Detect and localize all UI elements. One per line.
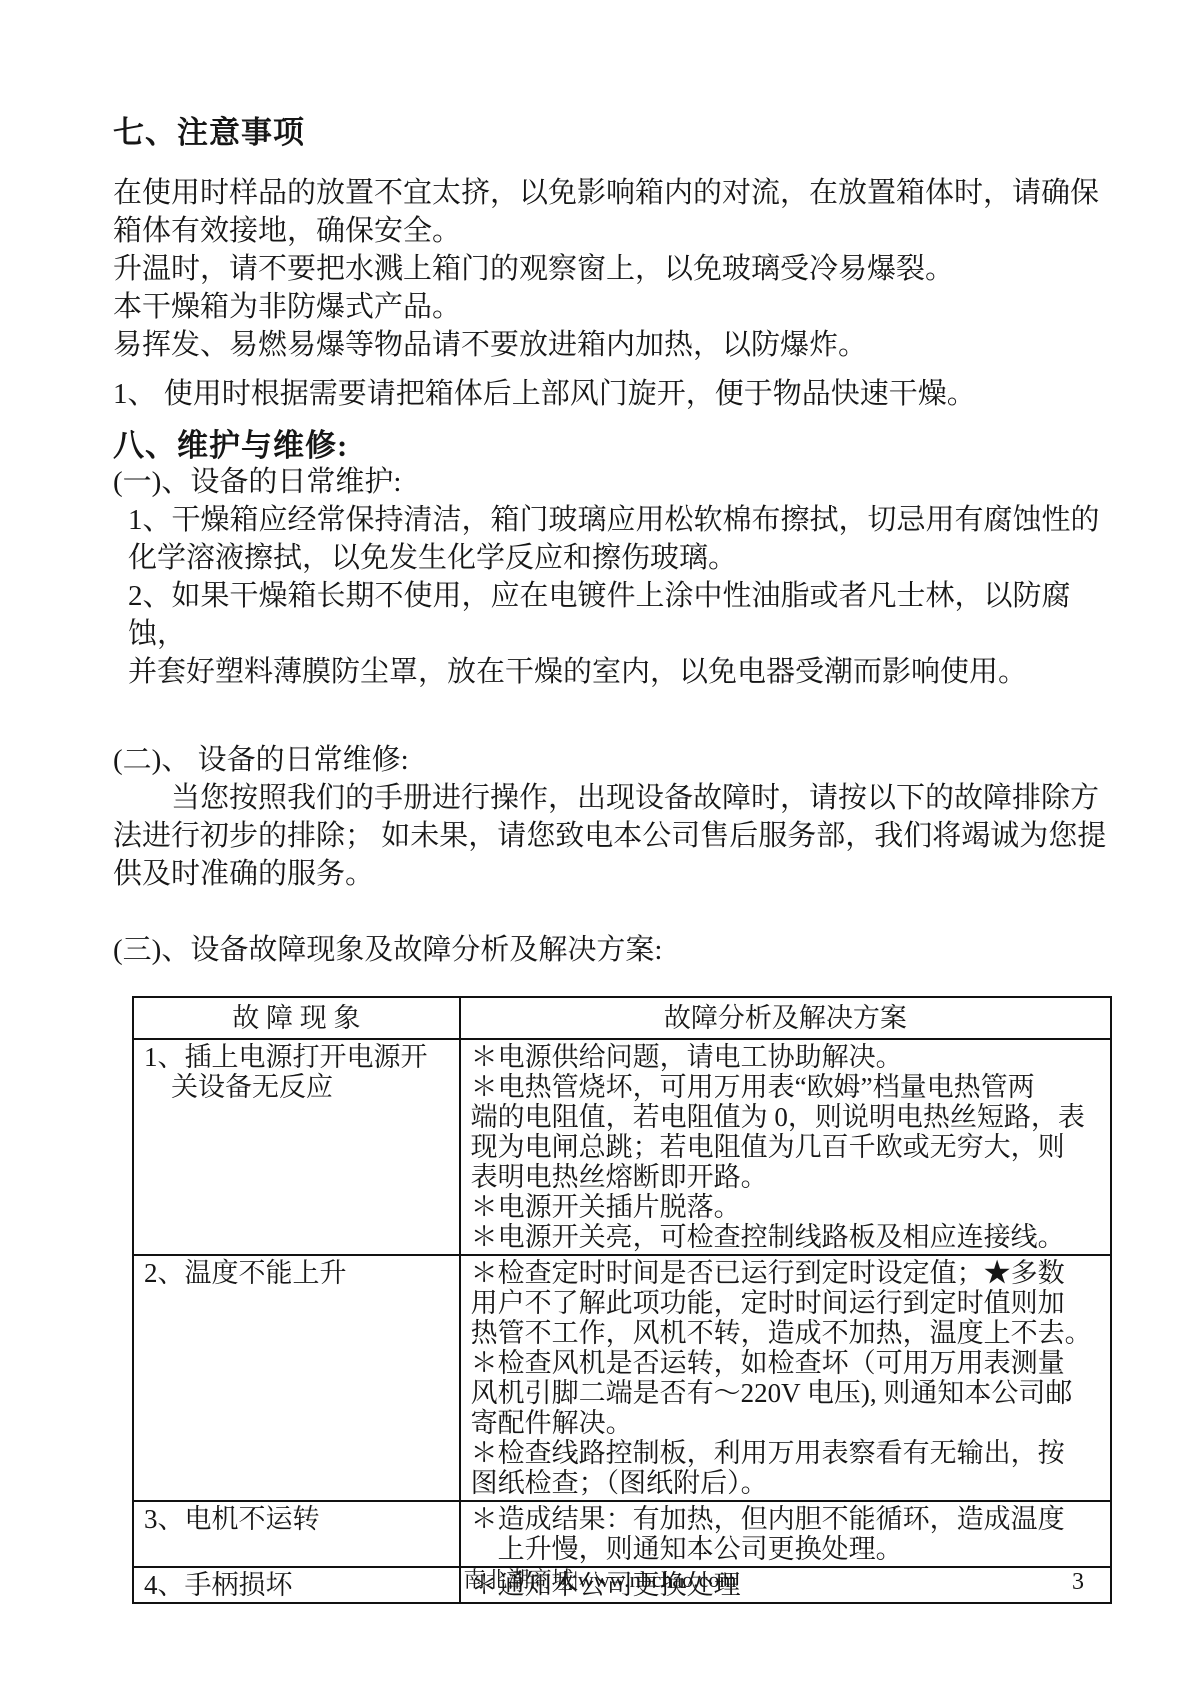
page-content: 七、注意事项 在使用时样品的放置不宜太挤，以免影响箱内的对流，在放置箱体时，请确… [0, 0, 1200, 1604]
precautions-paragraph: 在使用时样品的放置不宜太挤，以免影响箱内的对流，在放置箱体时，请确保 箱体有效接… [113, 174, 1112, 364]
phenomenon-cell: 2、温度不能上升 [133, 1255, 460, 1501]
section-8-title: 八、维护与维修: [113, 429, 1112, 463]
fault-table-header-row: 故 障 现 象 故障分析及解决方案 [133, 997, 1111, 1039]
section-7-title: 七、注意事项 [113, 116, 1112, 150]
fault-section-title: (三)、设备故障现象及故障分析及解决方案: [113, 931, 1112, 969]
solution-cell: ＊检查定时时间是否已运行到定时设定值；★多数 用户不了解此项功能，定时时间运行到… [460, 1255, 1111, 1501]
daily-care-title: (一)、设备的日常维护: [113, 463, 1112, 501]
fault-table-header-solution: 故障分析及解决方案 [460, 997, 1111, 1039]
manual-page: 七、注意事项 在使用时样品的放置不宜太挤，以免影响箱内的对流，在放置箱体时，请确… [0, 0, 1200, 1697]
footer-site-label: 南北潮商城|www.nbchao.com [0, 1566, 1200, 1594]
vent-usage-item: 1、 使用时根据需要请把箱体后上部风门旋开，便于物品快速干燥。 [113, 375, 1112, 413]
solution-cell: ＊造成结果：有加热，但内胆不能循环，造成温度 上升慢，则通知本公司更换处理。 [460, 1501, 1111, 1567]
page-number: 3 [1072, 1568, 1084, 1596]
daily-repair-paragraph: 当您按照我们的手册进行操作，出现设备故障时，请按以下的故障排除方 法进行初步的排… [113, 779, 1112, 893]
phenomenon-cell: 1、插上电源打开电源开 关设备无反应 [133, 1039, 460, 1255]
fault-table-header-phenomenon: 故 障 现 象 [133, 997, 460, 1039]
phenomenon-cell: 3、电机不运转 [133, 1501, 460, 1567]
solution-cell: ＊电源供给问题，请电工协助解决。 ＊电热管烧坏，可用万用表“欧姆”档量电热管两 … [460, 1039, 1111, 1255]
table-row: 2、温度不能上升 ＊检查定时时间是否已运行到定时设定值；★多数 用户不了解此项功… [133, 1255, 1111, 1501]
fault-table: 故 障 现 象 故障分析及解决方案 1、插上电源打开电源开 关设备无反应 ＊电源… [132, 996, 1112, 1604]
daily-care-paragraph: 1、干燥箱应经常保持清洁，箱门玻璃应用松软棉布擦拭，切忌用有腐蚀性的 化学溶液擦… [128, 501, 1112, 691]
table-row: 3、电机不运转 ＊造成结果：有加热，但内胆不能循环，造成温度 上升慢，则通知本公… [133, 1501, 1111, 1567]
daily-repair-title: (二)、 设备的日常维修: [113, 741, 1112, 779]
table-row: 1、插上电源打开电源开 关设备无反应 ＊电源供给问题，请电工协助解决。 ＊电热管… [133, 1039, 1111, 1255]
